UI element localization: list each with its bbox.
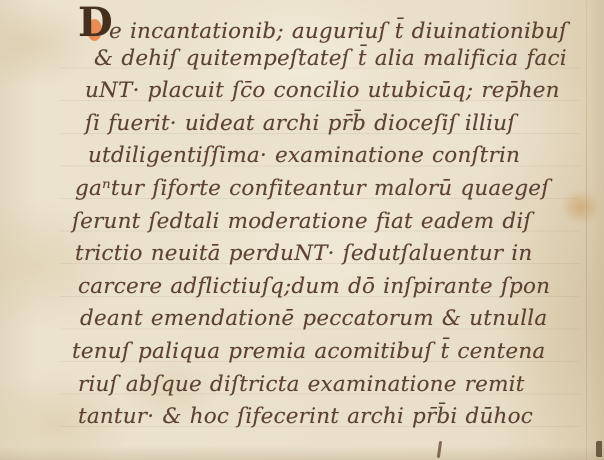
drop-cap-letter: D [78,3,113,43]
page-edge-mark [596,441,602,457]
manuscript-line: tantur· & hoc ſifecerint archi pr̄b̄i dū… [78,401,592,434]
manuscript-line: & dehiſ quitempeſtateſ t̄ alia malificia… [94,43,592,76]
manuscript-line: riuſ abſque diſtricta examinatione remit [78,369,592,402]
manuscript-line: utdiligentiſſima· examinatione conſtrin [88,140,592,173]
manuscript-line: uNT· placuit ſc̄o concilio utubicūq; rep… [85,75,592,108]
manuscript-line: tenuſ paliqua premia acomitibuſ t̄ cente… [72,336,592,369]
manuscript-line: deant emendationē peccatorum & utnulla [80,303,592,336]
manuscript-line: carcere adflictiuſq;dum dō inſpirante ſp… [78,271,592,304]
manuscript-line: trictio neuitā perduNT· ſedutſaluentur i… [75,238,592,271]
manuscript-line: ſi fuerit· uideat archi pr̄b̄ dioceſiſ i… [85,108,592,141]
manuscript-line-text: e incantationib; auguriuſ t̄ diuinationi… [109,19,567,44]
stray-descender-stroke [437,441,442,458]
manuscript-text-block: D e incantationib; auguriuſ t̄ diuinatio… [72,10,592,434]
manuscript-page: D e incantationib; auguriuſ t̄ diuinatio… [0,0,604,460]
manuscript-line: gaⁿtur ſiforte confiteantur malorū quaeg… [75,173,592,206]
manuscript-line: D e incantationib; auguriuſ t̄ diuinatio… [78,10,592,43]
manuscript-line: ſerunt ſedtali moderatione fiat eadem di… [72,206,592,239]
drop-cap-initial: D [78,10,108,44]
